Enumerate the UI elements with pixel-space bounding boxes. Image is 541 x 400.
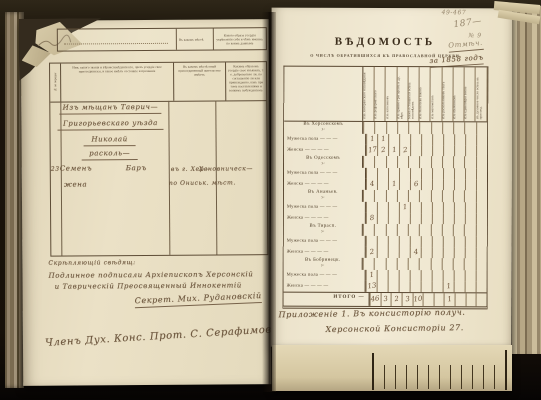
value-cell	[476, 293, 487, 306]
value-cell: 1	[388, 179, 399, 190]
empty-cell	[419, 224, 430, 236]
total-label: ИТОГО —	[284, 293, 370, 306]
strip-right-text: Какого образа усердія укрѣпленія себя и …	[214, 31, 266, 47]
value-cell: 1	[366, 134, 377, 145]
top-strip-box: Въ какомъ мѣстѣ Какого образа усердія ук…	[57, 27, 267, 51]
statistics-table-header: Изъ лютеранскаго исповѣданіяИзъ реформат…	[284, 67, 487, 123]
row-label: Женска — — — —	[284, 247, 366, 258]
value-cell: 4	[410, 247, 421, 258]
value-cell	[410, 202, 421, 213]
table-rule	[168, 101, 170, 255]
handwritten-count: 1	[402, 204, 407, 212]
handwritten-count: 13	[367, 282, 377, 290]
value-cell	[388, 168, 399, 179]
handwritten-count: 2	[394, 296, 399, 304]
handwritten-count: 10	[413, 296, 423, 304]
handwritten-count: 1	[369, 272, 374, 280]
table-row: Мужеска пола — — —1	[284, 202, 487, 214]
empty-cell	[397, 190, 408, 202]
value-cell	[454, 134, 465, 145]
handwritten-count: 17	[367, 146, 377, 154]
table-rule	[60, 102, 62, 256]
value-cell	[443, 202, 454, 213]
row-label: Женска — — — —	[284, 145, 366, 156]
column-header: Межъ оставшихся всѣхъ исповѣдовъ	[408, 67, 419, 121]
table-row: Женска — — — —17212	[284, 145, 487, 157]
empty-cell	[464, 258, 475, 270]
value-cell	[443, 236, 454, 247]
handwritten-count: 1	[447, 296, 452, 304]
empty-cell	[453, 224, 464, 236]
table-row: Мужеска пола — — —	[284, 168, 487, 180]
value-cell	[421, 145, 432, 156]
column-header: Изъ лютеранскаго исповѣданія	[363, 67, 374, 121]
value-cell	[366, 202, 377, 213]
table-row: Мужеска пола — — —11	[284, 134, 487, 146]
table-rule	[215, 101, 217, 255]
empty-cell	[397, 224, 408, 236]
empty-cell	[431, 190, 442, 202]
value-cell	[454, 213, 465, 224]
section-header-row: Въ Бобринецк.у.:	[284, 258, 487, 271]
value-cell: 2	[377, 145, 388, 156]
empty-cell	[408, 224, 419, 236]
value-cell	[465, 247, 476, 258]
value-cell	[399, 270, 410, 281]
column-header: Изъ язычниковъ	[453, 67, 464, 121]
column-place-header: Въ какомъ мѣстѣ оный присоединенный жите…	[174, 62, 226, 100]
value-cell	[377, 213, 388, 224]
empty-cell	[385, 224, 396, 236]
empty-cell	[374, 190, 385, 202]
value-cell	[432, 281, 443, 292]
value-cell	[399, 281, 410, 292]
empty-cell	[385, 258, 396, 270]
empty-cell	[431, 122, 442, 134]
value-cell	[465, 202, 476, 213]
value-cell	[432, 236, 443, 247]
value-cell	[465, 236, 476, 247]
empty-cell	[430, 224, 441, 236]
value-cell	[432, 213, 443, 224]
value-cell	[432, 145, 443, 156]
column-header: Изъ армяно-григоріанъ и др. вѣръ	[397, 67, 408, 121]
handwritten-count: 4	[369, 181, 374, 189]
strip-mid-cell: Въ какомъ мѣстѣ	[177, 29, 214, 50]
value-cell	[465, 145, 476, 156]
value-cell: 2	[366, 247, 377, 258]
column-header: Изъ раскольниковъ сектъ	[442, 67, 453, 121]
value-cell	[476, 236, 487, 247]
row-label: Женска — — — —	[284, 179, 366, 190]
empty-cell	[374, 258, 385, 270]
section-header: Въ Бобринецк.у.:	[284, 258, 363, 270]
value-cell	[465, 168, 476, 179]
ruled-line	[372, 353, 374, 390]
value-cell	[399, 134, 410, 145]
rotated-column-headers: Изъ лютеранскаго исповѣданіяИзъ реформат…	[363, 67, 487, 121]
value-cell: 46	[370, 293, 381, 306]
column-header: Изъ реформатскаго	[374, 67, 385, 121]
value-cell	[476, 270, 487, 281]
value-cell	[421, 281, 432, 292]
section-subname: у.:	[284, 128, 362, 132]
empty-cell	[397, 156, 408, 168]
column-number: № по порядку	[50, 64, 61, 102]
strip-mid-text: Въ какомъ мѣстѣ	[177, 35, 206, 43]
section-header-row: Въ Тирасп.у.:	[284, 224, 487, 237]
page-title: ВѢДОМОСТЬ	[283, 36, 486, 49]
value-cell: 2	[391, 293, 402, 306]
value-cell	[421, 236, 432, 247]
handwritten-count: 4	[413, 249, 418, 257]
empty-cell	[396, 258, 407, 270]
row-label: Мужеска пола — — —	[284, 168, 366, 179]
value-cell	[465, 270, 476, 281]
empty-cell	[476, 190, 487, 202]
statistics-table-body: Въ Херсонскомъу.:Мужеска пола — — —11Жен…	[284, 122, 488, 307]
page-subtitle: О ЧИСЛѢ ОБРАТИВШИХСЯ КЪ ПРАВОСЛАВНОЙ ЦЕР…	[283, 53, 486, 59]
page-stack-right-edge	[512, 6, 541, 354]
member-signature: Членъ Дух. Конс. Прот. С. Серафимовъ	[45, 325, 279, 349]
empty-cell	[475, 258, 486, 270]
section-subname: у.:	[284, 196, 362, 200]
empty-cell	[476, 122, 487, 134]
value-cell	[454, 236, 465, 247]
value-cell	[366, 168, 377, 179]
empty-cell	[464, 224, 475, 236]
value-cell	[421, 270, 432, 281]
value-cell: 8	[366, 213, 377, 224]
value-cell	[388, 202, 399, 213]
value-cell: 1	[444, 293, 455, 306]
row-label: Мужеска пола — — —	[284, 202, 366, 213]
handwritten-count: 2	[369, 249, 374, 257]
value-cell: 3	[380, 293, 391, 306]
value-cell	[377, 236, 388, 247]
value-cell: 1	[366, 270, 377, 281]
table-row: Женска — — — —8	[284, 213, 487, 225]
empty-cell	[386, 156, 397, 168]
column-header: Изъ католиковъ	[386, 67, 397, 121]
value-cell	[421, 213, 432, 224]
row-label: Мужеска пола — — —	[284, 134, 366, 145]
bottom-note-2: Херсонской Консисторіи 27.	[325, 324, 463, 334]
value-cell	[454, 247, 465, 258]
value-cell: 1	[443, 281, 454, 292]
value-cell	[421, 202, 432, 213]
value-cell	[421, 134, 432, 145]
table-row: Женска — — — —131	[284, 281, 487, 293]
strip-right-cell: Какого образа усердія укрѣпленія себя и …	[214, 28, 266, 49]
column-manner-header: Какимъ образомъ усердіе свое изъявилъ, т…	[226, 62, 266, 100]
section-subname: у.:	[284, 230, 362, 234]
value-cell	[465, 213, 476, 224]
table-row: Женска — — — —416	[284, 179, 487, 191]
empty-cell	[430, 258, 441, 270]
value-cell	[465, 179, 476, 190]
empty-cell	[363, 258, 374, 270]
right-page: 49-467187—№ 9Отмѣч. ВѢДОМОСТЬ О ЧИСЛѢ ОБ…	[270, 8, 512, 348]
pencil-mark: 187—	[453, 17, 483, 30]
value-cell	[476, 179, 487, 190]
value-cell	[443, 145, 454, 156]
value-cell	[423, 293, 434, 306]
value-cell	[377, 247, 388, 258]
value-cell	[455, 293, 466, 306]
empty-cell	[419, 156, 430, 168]
table-row: Мужеска пола — — —1	[284, 270, 487, 282]
value-cell	[476, 134, 487, 145]
section-header: Въ Ананьев.у.:	[284, 190, 363, 202]
section-header-row: Въ Одесскомъу.:	[284, 156, 487, 169]
value-cell	[399, 168, 410, 179]
left-register-table: № по порядку Имя, какого званія и вѣроис…	[49, 61, 268, 257]
table-row: Мужеска пола — — —	[284, 236, 487, 248]
row-label: Женска — — — —	[284, 281, 366, 292]
left-table-header: № по порядку Имя, какого званія и вѣроис…	[50, 62, 266, 103]
handwritten-count: 1	[369, 136, 374, 144]
empty-cell	[453, 156, 464, 168]
value-cell	[433, 293, 444, 306]
row-label: Мужеска пола — — —	[284, 270, 366, 281]
value-cell	[432, 179, 443, 190]
empty-cell	[374, 122, 385, 134]
value-cell	[388, 236, 399, 247]
empty-cell	[442, 190, 453, 202]
value-cell	[476, 213, 487, 224]
handwritten-count: 46	[370, 295, 380, 303]
value-cell	[476, 247, 487, 258]
value-cell	[388, 134, 399, 145]
signature-line-1: Подлинное подписали Архіепископъ Херсонс…	[48, 271, 253, 279]
empty-cell	[442, 156, 453, 168]
value-cell: 6	[410, 179, 421, 190]
value-cell	[465, 281, 476, 292]
value-cell	[476, 145, 487, 156]
empty-cell	[419, 258, 430, 270]
value-cell	[432, 247, 443, 258]
column-header: Изъ единовѣрія вновь	[465, 67, 476, 121]
empty-cell	[419, 190, 430, 202]
value-cell	[476, 202, 487, 213]
photo-of-open-archival-ledger: Въ какомъ мѣстѣ Какого образа усердія ук…	[0, 0, 541, 400]
value-cell	[421, 179, 432, 190]
value-cell	[377, 179, 388, 190]
value-cell	[399, 247, 410, 258]
left-page: Въ какомъ мѣстѣ Какого образа усердія ук…	[21, 19, 272, 386]
value-cell	[377, 281, 388, 292]
value-cell	[454, 168, 465, 179]
column-header: Въ духовное число всѣхъ въ присоед.	[476, 67, 487, 121]
value-cell: 4	[366, 179, 377, 190]
value-cell	[443, 179, 454, 190]
empty-cell	[453, 190, 464, 202]
value-cell	[476, 168, 487, 179]
empty-cell	[442, 224, 453, 236]
empty-cell	[408, 190, 419, 202]
value-cell	[421, 247, 432, 258]
column-header: Изъ магометанъ	[431, 67, 442, 121]
column-name-header: Имя, какого званія и вѣроисповѣданія кто…	[61, 63, 174, 102]
section-header-row: Въ Херсонскомъу.:	[284, 122, 487, 135]
value-cell	[388, 213, 399, 224]
section-header-row: Въ Ананьев.у.:	[284, 190, 487, 203]
value-cell: 10	[412, 293, 423, 306]
archive-number: 49-467	[442, 10, 467, 16]
value-cell	[443, 134, 454, 145]
empty-cell	[363, 224, 374, 236]
empty-cell	[476, 156, 487, 168]
row-label: Женска — — — —	[284, 213, 366, 224]
blank-ruled-line	[64, 43, 168, 45]
handwritten-count: 3	[405, 296, 410, 304]
section-subname: у.:	[284, 162, 362, 166]
empty-cell	[464, 156, 475, 168]
value-cell	[388, 281, 399, 292]
value-cell	[421, 168, 432, 179]
handwritten-count: 1	[391, 147, 396, 155]
empty-cell	[453, 122, 464, 134]
handwritten-count: 3	[383, 296, 388, 304]
value-cell	[410, 168, 421, 179]
value-cell	[388, 270, 399, 281]
value-cell	[410, 213, 421, 224]
empty-cell	[475, 224, 486, 236]
value-cell	[443, 247, 454, 258]
column-header: Изъ Моисеева закона	[420, 67, 431, 121]
ruled-line	[505, 350, 507, 390]
value-cell	[399, 179, 410, 190]
empty-cell	[419, 122, 430, 134]
empty-cell	[408, 258, 419, 270]
row-label: Мужеска пола — — —	[284, 236, 366, 247]
value-cell: 2	[399, 145, 410, 156]
value-cell: 13	[366, 281, 377, 292]
section-header: Въ Одесскомъу.:	[284, 156, 363, 168]
value-cell: 1	[377, 134, 388, 145]
value-cell	[454, 270, 465, 281]
value-cell	[410, 270, 421, 281]
signature-line-2: и Таврическій Преосвященный Иннокентій	[55, 282, 242, 290]
column-number-label: № по порядку	[53, 73, 57, 92]
empty-cell	[408, 156, 419, 168]
value-cell	[399, 213, 410, 224]
bottom-note-1: Приложеніе 1. Въ консисторію получ.	[278, 309, 465, 320]
empty-cell	[442, 258, 453, 270]
value-cell	[399, 236, 410, 247]
value-cell	[410, 134, 421, 145]
strip-left-cell	[58, 29, 177, 51]
value-cell: 3	[401, 293, 412, 306]
value-cell	[388, 247, 399, 258]
value-cell	[432, 202, 443, 213]
value-cell	[432, 134, 443, 145]
value-cell: 1	[399, 202, 410, 213]
gutter-shadow	[262, 12, 276, 392]
value-cell	[410, 281, 421, 292]
empty-cell	[386, 122, 397, 134]
value-cell	[377, 168, 388, 179]
handwritten-count: 2	[380, 147, 385, 155]
section-subname: у.:	[284, 264, 362, 268]
handwritten-count: 6	[413, 181, 418, 189]
value-cell	[476, 281, 487, 292]
value-cell	[366, 236, 377, 247]
handwritten-count: 2	[402, 147, 407, 155]
empty-cell	[374, 224, 385, 236]
table-row: Женска — — — —24	[284, 247, 487, 259]
empty-cell	[363, 122, 374, 134]
table-row: ИТОГО —46323101	[284, 292, 487, 307]
empty-cell	[385, 190, 396, 202]
value-cell	[410, 145, 421, 156]
value-cell	[410, 236, 421, 247]
value-cell	[443, 213, 454, 224]
handwritten-count: 1	[446, 283, 451, 291]
value-cell	[454, 281, 465, 292]
section-header: Въ Херсонскомъу.:	[284, 122, 363, 134]
label-column-header	[284, 67, 363, 121]
empty-cell	[464, 190, 475, 202]
secretary-signature: Секрет. Мих. Рудановскій	[135, 292, 262, 308]
value-cell	[465, 134, 476, 145]
value-cell: 1	[388, 145, 399, 156]
value-cell	[377, 202, 388, 213]
value-cell	[465, 293, 476, 306]
closing-line: Скрѣпляющій свѣдящ:	[48, 260, 135, 267]
value-cell	[443, 270, 454, 281]
section-header: Въ Тирасп.у.:	[284, 224, 363, 236]
value-cell	[432, 270, 443, 281]
value-cell: 17	[366, 145, 377, 156]
empty-cell	[408, 122, 419, 134]
empty-cell	[374, 156, 385, 168]
underlying-page-edge	[272, 345, 512, 391]
handwritten-count: 1	[380, 136, 385, 144]
empty-cell	[363, 156, 374, 168]
empty-cell	[363, 190, 374, 202]
value-cell	[432, 168, 443, 179]
handwritten-count: 8	[369, 215, 374, 223]
handwritten-count: 1	[391, 181, 396, 189]
value-cell	[454, 202, 465, 213]
empty-cell	[397, 122, 408, 134]
value-cell	[377, 270, 388, 281]
value-cell	[454, 179, 465, 190]
statistics-table: Изъ лютеранскаго исповѣданіяИзъ реформат…	[283, 66, 489, 310]
value-cell	[454, 145, 465, 156]
empty-cell	[431, 156, 442, 168]
empty-cell	[453, 258, 464, 270]
ruled-tick-lines	[384, 365, 508, 389]
value-cell	[443, 168, 454, 179]
empty-cell	[442, 122, 453, 134]
empty-cell	[465, 122, 476, 134]
